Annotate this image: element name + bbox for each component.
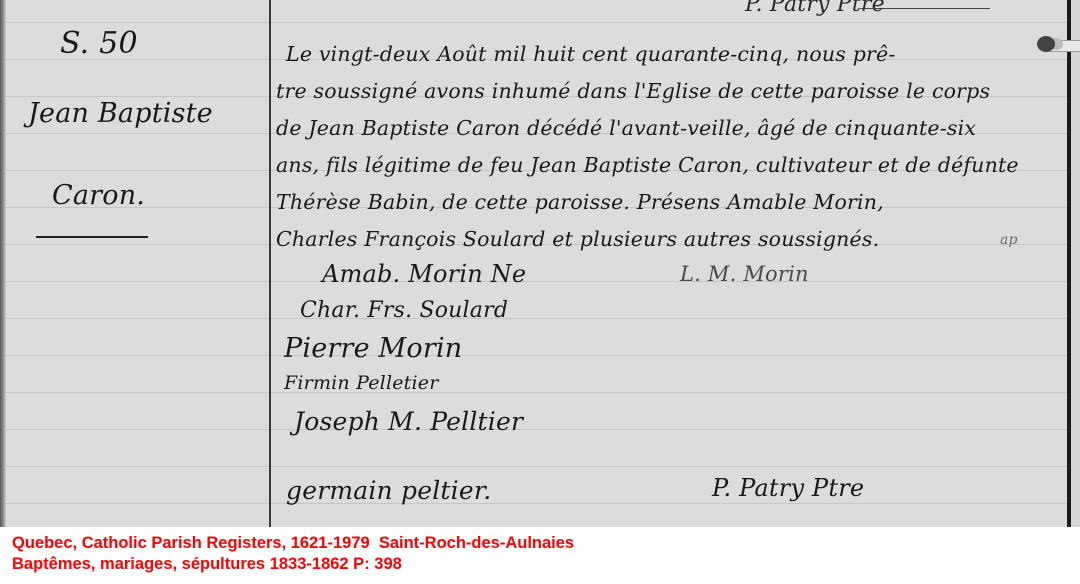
- body-line: tre soussigné avons inhumé dans l'Eglise…: [276, 79, 990, 103]
- signature: Char. Frs. Soulard: [300, 298, 508, 323]
- signature: germain peltier.: [286, 476, 491, 505]
- page-right-strip: [1071, 0, 1080, 527]
- binder-hole-icon: [1037, 36, 1055, 52]
- page-left-edge: [0, 0, 6, 527]
- signature: Firmin Pelletier: [284, 372, 439, 394]
- signature: Joseph M. Pelltier: [294, 407, 523, 436]
- body-line: ans, fils légitime de feu Jean Baptiste …: [276, 153, 1019, 177]
- body-line: Le vingt-deux Août mil huit cent quarant…: [286, 42, 896, 66]
- signature-underline: [860, 8, 990, 9]
- priest-signature: P. Patry Ptre: [712, 474, 864, 502]
- caption-line-collection: Quebec, Catholic Parish Registers, 1621-…: [12, 533, 574, 554]
- signature: Pierre Morin: [284, 333, 462, 364]
- margin-rule: [269, 0, 271, 527]
- source-caption: Quebec, Catholic Parish Registers, 1621-…: [12, 533, 574, 575]
- marginal-note: ap: [1000, 232, 1018, 248]
- caption-line-volume: Baptêmes, mariages, sépultures 1833-1862…: [12, 554, 574, 575]
- register-scan: P. Patry Ptre S. 50 Jean Baptiste Caron.…: [0, 0, 1080, 527]
- signature: L. M. Morin: [680, 262, 809, 286]
- margin-name-first: Jean Baptiste: [28, 98, 213, 129]
- entry-number: S. 50: [60, 26, 138, 61]
- margin-name-surname: Caron.: [52, 180, 145, 211]
- margin-divider: [36, 236, 148, 238]
- signature: Amab. Morin Ne: [322, 260, 526, 288]
- body-line: de Jean Baptiste Caron décédé l'avant-ve…: [276, 116, 976, 140]
- body-line: Charles François Soulard et plusieurs au…: [276, 227, 879, 251]
- body-line: Thérèse Babin, de cette paroisse. Présen…: [276, 190, 884, 214]
